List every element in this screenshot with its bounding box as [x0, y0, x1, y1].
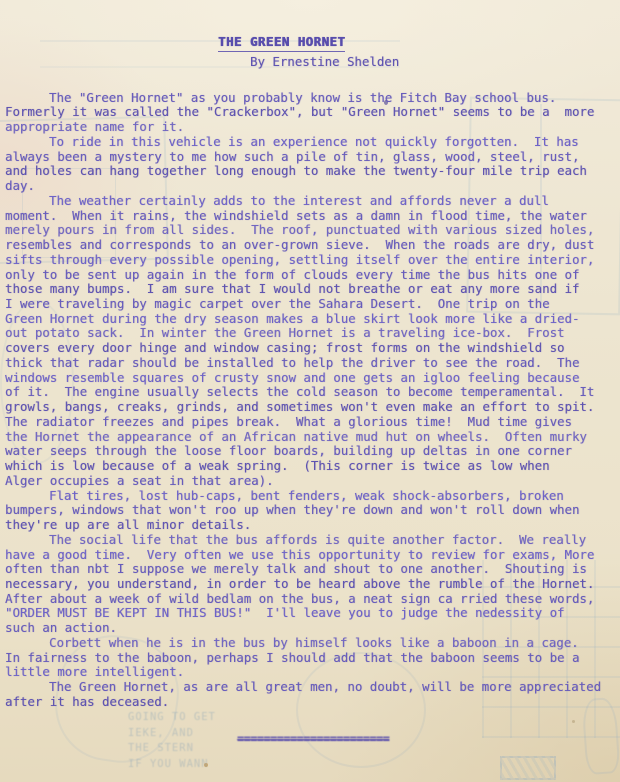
- title-row: THE GREEN HORNET: [218, 35, 614, 50]
- bleed-through-shape: [500, 756, 556, 780]
- paragraph-line: I were traveling by magic carpet over th…: [5, 297, 614, 312]
- paragraph-line: little more intelligent.: [5, 665, 614, 680]
- typewritten-page: { "page": { "paper_color": "#ede5d0", "i…: [0, 0, 620, 782]
- paragraph-line: appropriate name for it.: [5, 120, 614, 135]
- paragraph-line: always been a mystery to me how such a p…: [5, 150, 614, 165]
- paragraph-line: they're up are all minor details.: [5, 518, 614, 533]
- paragraph-line: The Green Hornet, as are all great men, …: [5, 680, 614, 695]
- paragraph-line: Corbett when he is in the bus by himself…: [5, 636, 614, 651]
- paragraph-line: The weather certainly adds to the intere…: [5, 194, 614, 209]
- paragraph-line: growls, bangs, creaks, grinds, and somet…: [5, 400, 614, 415]
- paragraph-line: have a good time. Very often we use this…: [5, 548, 614, 563]
- stain-speck: [204, 763, 208, 767]
- paragraph-line: merely pours in from all sides. The roof…: [5, 223, 614, 238]
- paragraph-line: of it. The engine usually selects the co…: [5, 385, 614, 400]
- document: THE GREEN HORNET By Ernestine Shelden Th…: [0, 0, 620, 746]
- paragraph-line: which is low because of a weak spring. (…: [5, 459, 614, 474]
- paragraph-line: those many bumps. I am sure that I would…: [5, 282, 614, 297]
- paragraph-line: water seeps through the loose floor boar…: [5, 444, 614, 459]
- paragraph-line: thick that radar should be installed to …: [5, 356, 614, 371]
- paragraph-line: Formerly it was called the "Crackerbox",…: [5, 105, 614, 120]
- paragraph-line: after it has deceased.: [5, 695, 614, 710]
- paragraph-line: moment. When it rains, the windshield se…: [5, 209, 614, 224]
- paragraph-line: sifts through every possible opening, se…: [5, 253, 614, 268]
- paragraph-line: out potato sack. In winter the Green Hor…: [5, 326, 614, 341]
- paragraph-line: In fairness to the baboon, perhaps I sho…: [5, 651, 614, 666]
- paragraph-line: often than nbt I suppose we merely talk …: [5, 562, 614, 577]
- paragraph-line: Green Hornet during the dry season makes…: [5, 312, 614, 327]
- paragraph-line: Flat tires, lost hub-caps, bent fenders,…: [5, 489, 614, 504]
- paragraph-line: Alger occupies a seat in that area).: [5, 474, 614, 489]
- paragraph-line: necessary, you understand, in order to b…: [5, 577, 614, 592]
- document-body: The "Green Hornet" as you probably know …: [5, 91, 614, 710]
- paragraph-line: such an action.: [5, 621, 614, 636]
- paragraph-line: The radiator freezes and pipes break. Wh…: [5, 415, 614, 430]
- paragraph-line: After about a week of wild bedlam on the…: [5, 592, 614, 607]
- paragraph-line: covers every door hinge and window casin…: [5, 341, 614, 356]
- paragraph-line: bumpers, windows that won't roo up when …: [5, 503, 614, 518]
- paragraph-line: and holes can hang together long enough …: [5, 164, 614, 179]
- paragraph-line: "ORDER MUST BE KEPT IN THIS BUS!" I'll l…: [5, 606, 614, 621]
- paragraph-line: day.: [5, 179, 614, 194]
- paragraph-line: resembles and corresponds to an over-gro…: [5, 238, 614, 253]
- paragraph-line: The social life that the bus affords is …: [5, 533, 614, 548]
- document-byline: By Ernestine Shelden: [250, 55, 614, 70]
- typed-divider: =======================: [237, 732, 614, 747]
- paragraph-line: windows resemble squares of crusty snow …: [5, 371, 614, 386]
- bleed-through-line: IF YOU WANN: [128, 757, 216, 773]
- paragraph-line: To ride in this vehicle is an experience…: [5, 135, 614, 150]
- paragraph-line: the Hornet the appearance of an African …: [5, 430, 614, 445]
- paragraph-line: The "Green Hornet" as you probably know …: [5, 91, 614, 106]
- paragraph-line: only to be sent up again in the form of …: [5, 268, 614, 283]
- document-title: THE GREEN HORNET: [218, 35, 345, 52]
